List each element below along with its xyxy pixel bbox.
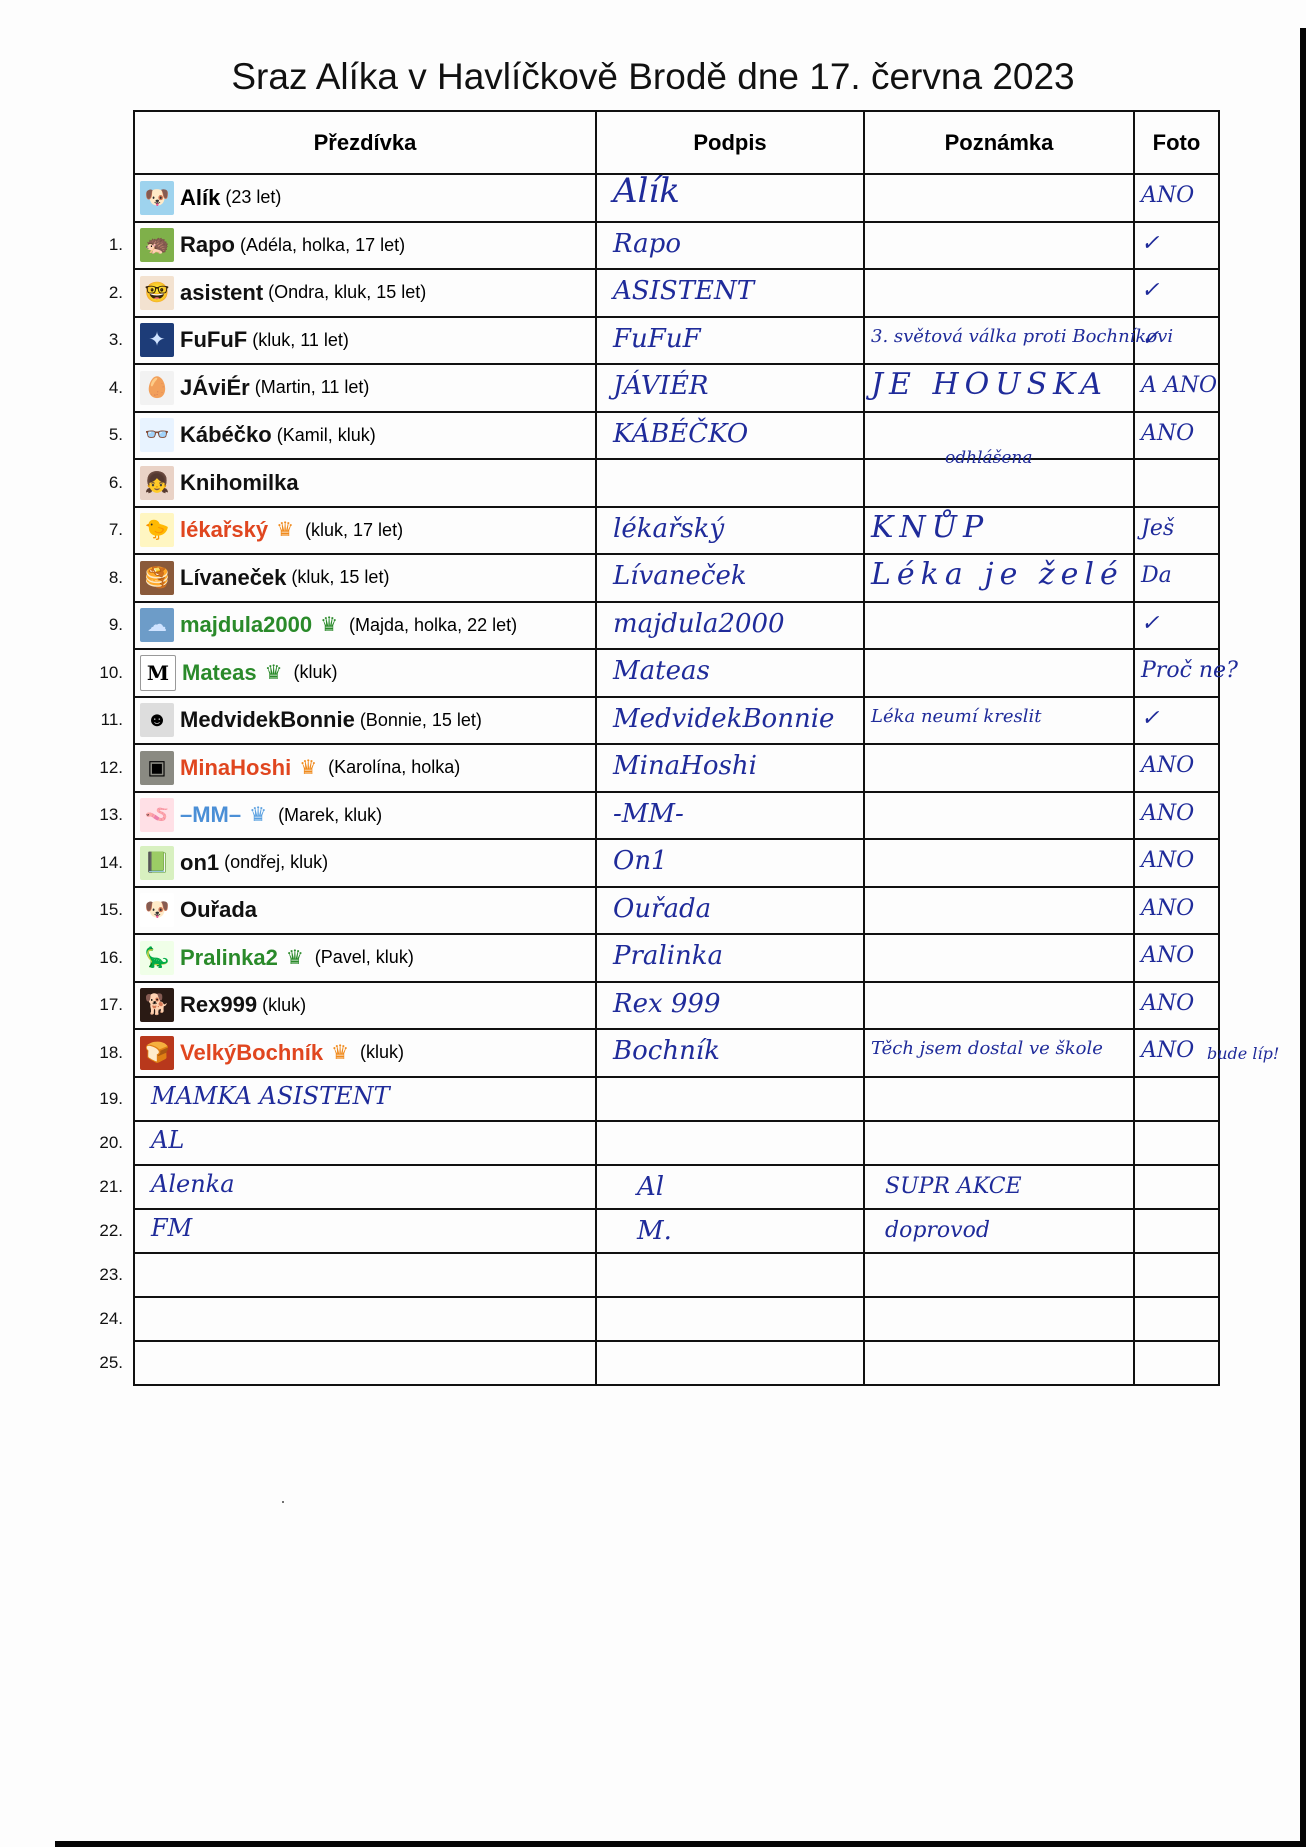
pancake-avatar-icon: 🥞 bbox=[140, 561, 174, 595]
table-row: 25. bbox=[134, 1341, 1219, 1385]
photo-consent: ✓ bbox=[1141, 231, 1159, 256]
signature-cell[interactable] bbox=[596, 1253, 864, 1297]
glasses-avatar-icon: 👓 bbox=[140, 418, 174, 452]
nickname-cell: 14.📗on1(ondřej, kluk) bbox=[134, 839, 596, 887]
note-cell[interactable]: KNŮP bbox=[864, 507, 1134, 555]
signature: M. bbox=[637, 1216, 672, 1246]
signature-cell[interactable]: majdula2000 bbox=[596, 602, 864, 650]
signature-cell[interactable]: KÁBÉČKO bbox=[596, 412, 864, 460]
table-row-host: 🐶 Alík (23 let) Alík ANO bbox=[134, 174, 1219, 222]
signature-cell[interactable]: ASISTENT bbox=[596, 269, 864, 317]
nickname-wrapper: 🪱–MM–♛(Marek, kluk) bbox=[135, 798, 595, 832]
photo-consent-cell[interactable]: Ješ bbox=[1134, 507, 1219, 555]
note: Léka neumí kreslit bbox=[871, 706, 1042, 727]
nickname: –MM– bbox=[180, 802, 241, 828]
nickname-cell: 11.☻MedvidekBonnie(Bonnie, 15 let) bbox=[134, 697, 596, 745]
signature: Mateas bbox=[613, 656, 710, 686]
signature-cell[interactable]: M. bbox=[596, 1209, 864, 1253]
nickname-details: (Kamil, kluk) bbox=[277, 425, 376, 446]
nickname-cell[interactable]: 21.Alenka bbox=[134, 1165, 596, 1209]
note-cell[interactable] bbox=[864, 649, 1134, 697]
header-row: Přezdívka Podpis Poznámka Foto bbox=[134, 111, 1219, 174]
photo-consent-cell[interactable]: ANO bbox=[1134, 174, 1219, 222]
nickname-wrapper: 🥚JÁviÉr(Martin, 11 let) bbox=[135, 371, 595, 405]
dog-stamp-icon: 🐶 bbox=[140, 181, 174, 215]
note-cell[interactable]: SUPR AKCE bbox=[864, 1165, 1134, 1209]
table-row: 23. bbox=[134, 1253, 1219, 1297]
signature: Rex 999 bbox=[613, 989, 721, 1019]
nickname-wrapper: 🤓asistent(Ondra, kluk, 15 let) bbox=[135, 276, 595, 310]
nickname-cell: 10.MMateas♛(kluk) bbox=[134, 649, 596, 697]
nickname-cell: 9.☁majdula2000♛(Majda, holka, 22 let) bbox=[134, 602, 596, 650]
note-cell[interactable]: 3. světová válka proti Bochníkovi bbox=[864, 317, 1134, 365]
note-cell[interactable] bbox=[864, 174, 1134, 222]
crown-badge-icon: ♛ bbox=[286, 948, 304, 968]
signature: majdula2000 bbox=[613, 609, 785, 639]
row-number: 1. bbox=[109, 235, 123, 255]
handwritten-nickname: FM bbox=[151, 1214, 192, 1242]
scan-border-right bbox=[1300, 28, 1306, 1847]
handwritten-nickname: AL bbox=[151, 1126, 184, 1154]
photo-consent: ANO bbox=[1141, 848, 1194, 873]
table-row: 22.FMM.doprovod bbox=[134, 1209, 1219, 1253]
table-row: 8.🥞Lívaneček(kluk, 15 let)LívanečekLéka … bbox=[134, 554, 1219, 602]
note-cell[interactable] bbox=[864, 1297, 1134, 1341]
photo-consent: A ANO bbox=[1141, 373, 1217, 398]
nickname-details: (Bonnie, 15 let) bbox=[360, 710, 482, 731]
photo-consent: ANO bbox=[1141, 421, 1194, 446]
nickname-cell[interactable]: 22.FM bbox=[134, 1209, 596, 1253]
dinosaur-avatar-icon: 🦕 bbox=[140, 941, 174, 975]
sky-avatar-icon: ☁ bbox=[140, 608, 174, 642]
photo-consent-cell[interactable] bbox=[1134, 1253, 1219, 1297]
signature: Ouřada bbox=[613, 894, 711, 924]
row-number: 23. bbox=[99, 1265, 123, 1285]
crown-badge-icon: ♛ bbox=[276, 520, 294, 540]
photo-consent-cell[interactable]: ✓ bbox=[1134, 269, 1219, 317]
photo-consent: Proč ne? bbox=[1141, 658, 1238, 683]
note: odhlášena bbox=[945, 448, 1033, 468]
photo-consent-cell[interactable]: ANO bbox=[1134, 982, 1219, 1030]
signature-cell[interactable]: Lívaneček bbox=[596, 554, 864, 602]
photo-consent: Da bbox=[1141, 563, 1172, 588]
note-cell[interactable] bbox=[864, 839, 1134, 887]
signature: MinaHoshi bbox=[613, 751, 757, 781]
row-number: 15. bbox=[99, 900, 123, 920]
row-number: 9. bbox=[109, 615, 123, 635]
nickname-details: (23 let) bbox=[225, 187, 281, 208]
nickname-wrapper: ☻MedvidekBonnie(Bonnie, 15 let) bbox=[135, 703, 595, 737]
signature: Al bbox=[637, 1172, 664, 1202]
photo-consent: ✓ bbox=[1141, 611, 1159, 636]
row-number: 20. bbox=[99, 1133, 123, 1153]
table-row: 17.🐕Rex999(kluk)Rex 999ANO bbox=[134, 982, 1219, 1030]
note-cell[interactable] bbox=[864, 792, 1134, 840]
note-cell[interactable]: odhlášena bbox=[864, 459, 1134, 507]
nickname: Ouřada bbox=[180, 897, 257, 923]
nickname-details: (kluk) bbox=[262, 995, 306, 1016]
note-cell[interactable] bbox=[864, 1077, 1134, 1121]
table-row: 14.📗on1(ondřej, kluk)On1ANO bbox=[134, 839, 1219, 887]
nickname: Lívaneček bbox=[180, 565, 286, 591]
nickname-wrapper: ☁majdula2000♛(Majda, holka, 22 let) bbox=[135, 608, 595, 642]
photo-consent: ANO bbox=[1141, 183, 1194, 208]
table-row: 12.▣MinaHoshi♛(Karolína, holka)MinaHoshi… bbox=[134, 744, 1219, 792]
scan-border-bottom bbox=[55, 1841, 1306, 1847]
note-cell[interactable] bbox=[864, 744, 1134, 792]
table-row: 20.AL bbox=[134, 1121, 1219, 1165]
nickname-cell: 16.🦕Pralinka2♛(Pavel, kluk) bbox=[134, 934, 596, 982]
row-number: 13. bbox=[99, 805, 123, 825]
photo-consent: ANO bbox=[1141, 991, 1194, 1016]
table-row: 24. bbox=[134, 1297, 1219, 1341]
crown-badge-icon: ♛ bbox=[320, 615, 338, 635]
photo-consent: ANO bbox=[1141, 1038, 1194, 1063]
table-row: 6.👧Knihomilkaodhlášena bbox=[134, 459, 1219, 507]
note: KNŮP bbox=[871, 510, 989, 545]
photo-consent: Ješ bbox=[1141, 516, 1174, 541]
nickname-details: (kluk) bbox=[360, 1042, 404, 1063]
row-number: 8. bbox=[109, 568, 123, 588]
note: Léka je želé bbox=[871, 557, 1124, 592]
nickname-details: (Adéla, holka, 17 let) bbox=[240, 235, 405, 256]
photo-consent-cell[interactable]: Proč ne? bbox=[1134, 649, 1219, 697]
note-cell[interactable] bbox=[864, 1253, 1134, 1297]
photo-consent-cell[interactable]: ANO bbox=[1134, 792, 1219, 840]
nickname-cell: 18.🍞VelkýBochník♛(kluk) bbox=[134, 1029, 596, 1077]
nickname-wrapper: 🐕Rex999(kluk) bbox=[135, 988, 595, 1022]
paper-speck bbox=[282, 1501, 284, 1503]
nickname-cell[interactable]: 25. bbox=[134, 1341, 596, 1385]
photo-consent-cell[interactable] bbox=[1134, 1297, 1219, 1341]
signature-cell[interactable]: Rex 999 bbox=[596, 982, 864, 1030]
nickname: FuFuF bbox=[180, 327, 247, 353]
note: 3. světová válka proti Bochníkovi bbox=[871, 326, 1173, 347]
signature: Lívaneček bbox=[613, 561, 747, 591]
chick-avatar-icon: 🐤 bbox=[140, 513, 174, 547]
nickname-details: (Pavel, kluk) bbox=[315, 947, 414, 968]
note-cell[interactable] bbox=[864, 1341, 1134, 1385]
nickname: MedvidekBonnie bbox=[180, 707, 355, 733]
page-title: Sraz Alíka v Havlíčkově Brodě dne 17. če… bbox=[0, 56, 1306, 98]
nickname-details: (Majda, holka, 22 let) bbox=[349, 615, 517, 636]
dog-avatar-icon: 🐶 bbox=[140, 893, 174, 927]
table-row: 11.☻MedvidekBonnie(Bonnie, 15 let)Medvid… bbox=[134, 697, 1219, 745]
photo-consent-cell[interactable] bbox=[1134, 1209, 1219, 1253]
nickname-cell: 5.👓Kábéčko(Kamil, kluk) bbox=[134, 412, 596, 460]
row-number: 2. bbox=[109, 283, 123, 303]
hedgehog-avatar-icon: 🦔 bbox=[140, 228, 174, 262]
signature-cell[interactable]: Ouřada bbox=[596, 887, 864, 935]
nickname-cell: 15.🐶Ouřada bbox=[134, 887, 596, 935]
row-number: 5. bbox=[109, 425, 123, 445]
girl-avatar-icon: 👧 bbox=[140, 466, 174, 500]
signature-cell[interactable]: -MM- bbox=[596, 792, 864, 840]
note-cell[interactable] bbox=[864, 1121, 1134, 1165]
row-number: 3. bbox=[109, 330, 123, 350]
photo-consent-cell[interactable] bbox=[1134, 1165, 1219, 1209]
nickname-wrapper: 👓Kábéčko(Kamil, kluk) bbox=[135, 418, 595, 452]
row-number: 6. bbox=[109, 473, 123, 493]
signature-cell[interactable] bbox=[596, 1121, 864, 1165]
signature: lékařský bbox=[613, 514, 724, 544]
note: JE HOUSKA bbox=[871, 367, 1108, 402]
crown-badge-icon: ♛ bbox=[249, 805, 267, 825]
nickname-cell[interactable]: 19.MAMKA ASISTENT bbox=[134, 1077, 596, 1121]
row-number: 19. bbox=[99, 1089, 123, 1109]
photo-consent-cell[interactable]: ANO bbox=[1134, 744, 1219, 792]
table-row: 21.AlenkaAlSUPR AKCE bbox=[134, 1165, 1219, 1209]
nickname: Pralinka2 bbox=[180, 945, 278, 971]
nickname-cell: 6.👧Knihomilka bbox=[134, 459, 596, 507]
nickname: JÁviÉr bbox=[180, 375, 250, 401]
note-cell[interactable] bbox=[864, 934, 1134, 982]
signature-cell[interactable]: Bochník bbox=[596, 1029, 864, 1077]
note-cell[interactable]: Léka neumí kreslit bbox=[864, 697, 1134, 745]
note-cell[interactable]: JE HOUSKA bbox=[864, 364, 1134, 412]
photo-consent-cell[interactable]: ANO bbox=[1134, 887, 1219, 935]
photo-consent: ANO bbox=[1141, 943, 1194, 968]
nickname: lékařský bbox=[180, 517, 268, 543]
signature-cell[interactable]: MedvidekBonnie bbox=[596, 697, 864, 745]
green-book-avatar-icon: 📗 bbox=[140, 846, 174, 880]
photo-avatar-icon: ▣ bbox=[140, 751, 174, 785]
column-header-signature: Podpis bbox=[596, 111, 864, 174]
note-cell[interactable] bbox=[864, 269, 1134, 317]
signature-cell[interactable]: Rapo bbox=[596, 222, 864, 270]
photo-consent-cell[interactable]: ANObude líp! bbox=[1134, 1029, 1219, 1077]
photo-consent-cell[interactable]: ✓ bbox=[1134, 222, 1219, 270]
nickname: Kábéčko bbox=[180, 422, 272, 448]
table-row: 16.🦕Pralinka2♛(Pavel, kluk)PralinkaANO bbox=[134, 934, 1219, 982]
row-number: 16. bbox=[99, 948, 123, 968]
photo-consent: ✓ bbox=[1141, 706, 1159, 731]
photo-consent-cell[interactable] bbox=[1134, 1341, 1219, 1385]
nickname-wrapper: 🐤lékařský♛(kluk, 17 let) bbox=[135, 513, 595, 547]
photo-consent-extra-note: bude líp! bbox=[1207, 1044, 1279, 1063]
signature-cell[interactable]: Al bbox=[596, 1165, 864, 1209]
nickname-cell: 4.🥚JÁviÉr(Martin, 11 let) bbox=[134, 364, 596, 412]
nickname-details: (Martin, 11 let) bbox=[255, 377, 370, 398]
photo-consent-cell[interactable] bbox=[1134, 1121, 1219, 1165]
photo-consent: ANO bbox=[1141, 896, 1194, 921]
crown-badge-icon: ♛ bbox=[299, 758, 317, 778]
nickname-cell: 3.✦FuFuF(kluk, 11 let) bbox=[134, 317, 596, 365]
note: Těch jsem dostal ve škole bbox=[871, 1038, 1103, 1059]
nickname-details: (ondřej, kluk) bbox=[224, 852, 328, 873]
nickname: asistent bbox=[180, 280, 263, 306]
note-cell[interactable] bbox=[864, 602, 1134, 650]
nickname-wrapper: 🐶Ouřada bbox=[135, 893, 595, 927]
attendance-sheet: Přezdívka Podpis Poznámka Foto 🐶 Alík (2… bbox=[133, 110, 1218, 1386]
nickname-wrapper: MMateas♛(kluk) bbox=[135, 655, 595, 691]
photo-consent-cell[interactable] bbox=[1134, 459, 1219, 507]
worm-avatar-icon: 🪱 bbox=[140, 798, 174, 832]
attendance-table: Přezdívka Podpis Poznámka Foto 🐶 Alík (2… bbox=[133, 110, 1220, 1386]
dog-photo-avatar-icon: 🐕 bbox=[140, 988, 174, 1022]
nickname: VelkýBochník bbox=[180, 1040, 323, 1066]
handwritten-nickname: Alenka bbox=[151, 1170, 235, 1198]
nickname-cell[interactable]: 23. bbox=[134, 1253, 596, 1297]
nickname-wrapper: ▣MinaHoshi♛(Karolína, holka) bbox=[135, 751, 595, 785]
photo-consent: ANO bbox=[1141, 753, 1194, 778]
row-number: 25. bbox=[99, 1353, 123, 1373]
signature-cell[interactable]: JÁVIÉR bbox=[596, 364, 864, 412]
signature-cell[interactable] bbox=[596, 1297, 864, 1341]
nickname-details: (Marek, kluk) bbox=[278, 805, 382, 826]
photo-consent-cell[interactable]: ✓ bbox=[1134, 317, 1219, 365]
anime-avatar-icon: ☻ bbox=[140, 703, 174, 737]
signature-cell[interactable] bbox=[596, 459, 864, 507]
nickname-cell: 13.🪱–MM–♛(Marek, kluk) bbox=[134, 792, 596, 840]
nickname-wrapper: 🥞Lívaneček(kluk, 15 let) bbox=[135, 561, 595, 595]
note-cell[interactable]: doprovod bbox=[864, 1209, 1134, 1253]
signature: MedvidekBonnie bbox=[613, 704, 834, 734]
nickname-wrapper: 🦔Rapo(Adéla, holka, 17 let) bbox=[135, 228, 595, 262]
nickname-wrapper: ✦FuFuF(kluk, 11 let) bbox=[135, 323, 595, 357]
bread-avatar-icon: 🍞 bbox=[140, 1036, 174, 1070]
nickname-cell: 8.🥞Lívaneček(kluk, 15 let) bbox=[134, 554, 596, 602]
row-number: 17. bbox=[99, 995, 123, 1015]
table-row: 5.👓Kábéčko(Kamil, kluk)KÁBÉČKOANO bbox=[134, 412, 1219, 460]
table-row: 13.🪱–MM–♛(Marek, kluk)-MM-ANO bbox=[134, 792, 1219, 840]
row-number: 11. bbox=[101, 710, 123, 730]
note-cell[interactable]: Léka je želé bbox=[864, 554, 1134, 602]
signature-cell[interactable]: On1 bbox=[596, 839, 864, 887]
row-number: 22. bbox=[99, 1221, 123, 1241]
photo-consent: ANO bbox=[1141, 801, 1194, 826]
nickname-details: (Ondra, kluk, 15 let) bbox=[268, 282, 426, 303]
crown-badge-icon: ♛ bbox=[331, 1043, 349, 1063]
red-egg-avatar-icon: 🥚 bbox=[140, 371, 174, 405]
nickname-cell: 12.▣MinaHoshi♛(Karolína, holka) bbox=[134, 744, 596, 792]
nickname-details: (kluk, 15 let) bbox=[291, 567, 389, 588]
photo-consent-cell[interactable]: ANO bbox=[1134, 839, 1219, 887]
nickname-cell: 7.🐤lékařský♛(kluk, 17 let) bbox=[134, 507, 596, 555]
galaxy-avatar-icon: ✦ bbox=[140, 323, 174, 357]
letter-m-avatar-icon: M bbox=[140, 655, 176, 691]
note-cell[interactable] bbox=[864, 982, 1134, 1030]
nickname: MinaHoshi bbox=[180, 755, 291, 781]
nickname: Rex999 bbox=[180, 992, 257, 1018]
boy-glasses-avatar-icon: 🤓 bbox=[140, 276, 174, 310]
photo-consent-cell[interactable] bbox=[1134, 1077, 1219, 1121]
signature: Pralinka bbox=[613, 941, 723, 971]
table-row: 1.🦔Rapo(Adéla, holka, 17 let)Rapo✓ bbox=[134, 222, 1219, 270]
row-number: 10. bbox=[99, 663, 123, 683]
photo-consent-cell[interactable]: A ANO bbox=[1134, 364, 1219, 412]
nickname-cell: 17.🐕Rex999(kluk) bbox=[134, 982, 596, 1030]
signature-cell[interactable]: lékařský bbox=[596, 507, 864, 555]
row-number: 7. bbox=[109, 520, 123, 540]
column-header-note: Poznámka bbox=[864, 111, 1134, 174]
nickname: Knihomilka bbox=[180, 470, 299, 496]
signature-cell[interactable]: Pralinka bbox=[596, 934, 864, 982]
nickname-cell: 1.🦔Rapo(Adéla, holka, 17 let) bbox=[134, 222, 596, 270]
note: SUPR AKCE bbox=[885, 1174, 1022, 1199]
signature: On1 bbox=[613, 846, 668, 876]
column-header-photo: Foto bbox=[1134, 111, 1219, 174]
nickname-wrapper: 👧Knihomilka bbox=[135, 466, 595, 500]
table-row: 10.MMateas♛(kluk)MateasProč ne? bbox=[134, 649, 1219, 697]
table-row: 9.☁majdula2000♛(Majda, holka, 22 let)maj… bbox=[134, 602, 1219, 650]
signature-cell[interactable] bbox=[596, 1341, 864, 1385]
nickname-details: (kluk) bbox=[294, 662, 338, 683]
photo-consent-cell[interactable]: ✓ bbox=[1134, 697, 1219, 745]
photo-consent-cell[interactable]: Da bbox=[1134, 554, 1219, 602]
signature: Alík bbox=[613, 171, 680, 211]
note-cell[interactable] bbox=[864, 887, 1134, 935]
note-cell[interactable] bbox=[864, 222, 1134, 270]
nickname: majdula2000 bbox=[180, 612, 312, 638]
row-number: 12. bbox=[99, 758, 123, 778]
table-row: 3.✦FuFuF(kluk, 11 let)FuFuF3. světová vá… bbox=[134, 317, 1219, 365]
photo-consent: ✓ bbox=[1141, 278, 1159, 303]
table-row: 7.🐤lékařský♛(kluk, 17 let)lékařskýKNŮPJe… bbox=[134, 507, 1219, 555]
nickname-wrapper: 📗on1(ondřej, kluk) bbox=[135, 846, 595, 880]
signature-cell[interactable]: MinaHoshi bbox=[596, 744, 864, 792]
nickname: Rapo bbox=[180, 232, 235, 258]
signature-cell[interactable]: FuFuF bbox=[596, 317, 864, 365]
nickname-cell[interactable]: 24. bbox=[134, 1297, 596, 1341]
signature-cell[interactable]: Alík bbox=[596, 174, 864, 222]
table-row: 19.MAMKA ASISTENT bbox=[134, 1077, 1219, 1121]
nickname: Alík bbox=[180, 185, 220, 211]
signature: ASISTENT bbox=[613, 276, 754, 306]
note-cell[interactable]: Těch jsem dostal ve škole bbox=[864, 1029, 1134, 1077]
nickname-cell: 2.🤓asistent(Ondra, kluk, 15 let) bbox=[134, 269, 596, 317]
signature: -MM- bbox=[613, 799, 684, 829]
handwritten-nickname: MAMKA ASISTENT bbox=[151, 1082, 390, 1110]
nickname: Mateas bbox=[182, 660, 257, 686]
nickname-cell[interactable]: 20.AL bbox=[134, 1121, 596, 1165]
nickname-details: (Karolína, holka) bbox=[328, 757, 460, 778]
nickname-details: (kluk, 11 let) bbox=[252, 330, 349, 351]
nickname: on1 bbox=[180, 850, 219, 876]
photo-consent: ✓ bbox=[1141, 326, 1159, 351]
note: doprovod bbox=[885, 1218, 990, 1243]
photo-consent-cell[interactable]: ANO bbox=[1134, 412, 1219, 460]
table-row: 2.🤓asistent(Ondra, kluk, 15 let)ASISTENT… bbox=[134, 269, 1219, 317]
nickname-details: (kluk, 17 let) bbox=[305, 520, 403, 541]
signature-cell[interactable]: Mateas bbox=[596, 649, 864, 697]
row-number: 24. bbox=[99, 1309, 123, 1329]
signature: KÁBÉČKO bbox=[613, 419, 748, 449]
crown-badge-icon: ♛ bbox=[265, 663, 283, 683]
column-header-nickname: Přezdívka bbox=[134, 111, 596, 174]
signature: Bochník bbox=[613, 1036, 720, 1066]
signature-cell[interactable] bbox=[596, 1077, 864, 1121]
signature: Rapo bbox=[613, 229, 681, 259]
row-number: 18. bbox=[99, 1043, 123, 1063]
nickname-wrapper: 🍞VelkýBochník♛(kluk) bbox=[135, 1036, 595, 1070]
photo-consent-cell[interactable]: ✓ bbox=[1134, 602, 1219, 650]
signature: FuFuF bbox=[613, 324, 701, 354]
nickname-cell: 🐶 Alík (23 let) bbox=[134, 174, 596, 222]
row-number: 4. bbox=[109, 378, 123, 398]
table-row: 18.🍞VelkýBochník♛(kluk)BochníkTěch jsem … bbox=[134, 1029, 1219, 1077]
signature: JÁVIÉR bbox=[613, 371, 709, 401]
table-row: 4.🥚JÁviÉr(Martin, 11 let)JÁVIÉRJE HOUSKA… bbox=[134, 364, 1219, 412]
nickname-wrapper: 🦕Pralinka2♛(Pavel, kluk) bbox=[135, 941, 595, 975]
table-row: 15.🐶OuřadaOuřadaANO bbox=[134, 887, 1219, 935]
row-number: 14. bbox=[99, 853, 123, 873]
row-number: 21. bbox=[99, 1177, 123, 1197]
photo-consent-cell[interactable]: ANO bbox=[1134, 934, 1219, 982]
